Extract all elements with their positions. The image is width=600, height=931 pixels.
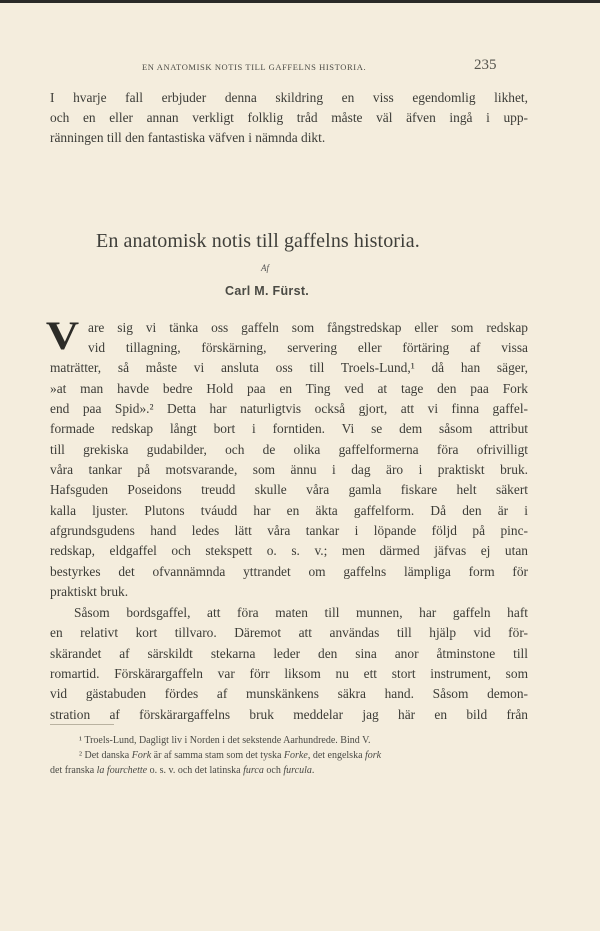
footnote-divider — [50, 724, 114, 725]
body-line: till grekiska gudabilder, och de olika g… — [50, 440, 528, 460]
running-head: En anatomisk notis till gaffelns histori… — [142, 62, 392, 72]
footnote-italic-term: la fourchette — [97, 765, 147, 776]
body-line: afgrundsgudens hand ledes lätt våra tank… — [50, 521, 528, 541]
byline-af: Af — [261, 263, 269, 273]
body-line: stration af förskärargaffelns bruk medde… — [50, 705, 528, 725]
footnote-text: . — [312, 765, 315, 776]
footnote-italic-term: furcula — [283, 765, 312, 776]
footnote-italic-term: furca — [243, 765, 264, 776]
footnote-text: och — [264, 765, 283, 776]
body-line: kalla ljuster. Plutons tváudd har en äkt… — [50, 501, 528, 521]
footnote-italic-term: fork — [365, 750, 381, 761]
author-name: Carl M. Fürst. — [225, 284, 309, 298]
footnote-text: , det engelska — [308, 750, 365, 761]
footnote-2-continuation: det franska la fourchette o. s. v. och d… — [50, 763, 528, 778]
body-line: Hafsguden Poseidons treudd skulle våra g… — [50, 480, 528, 500]
footnote-text: Det danska — [85, 750, 132, 761]
page-number: 235 — [474, 57, 497, 74]
body-line: våra tankar på motsvarande, som ännu i d… — [50, 460, 528, 480]
drop-cap: V — [46, 316, 79, 356]
body-line: maträtter, så måste vi ansluta oss till … — [50, 358, 528, 378]
prev-article-line: I hvarje fall erbjuder denna skildring e… — [50, 88, 528, 108]
body-line: end paa Spid».² Detta har naturligtvis o… — [50, 399, 528, 419]
body-line: bestyrkes det ofvannämnda yttrandet om g… — [50, 562, 528, 582]
article-title: En anatomisk notis till gaffelns histori… — [96, 230, 516, 253]
footnote-mark: ¹ — [79, 735, 82, 746]
body-line: vid tillagning, förskärning, servering e… — [88, 338, 528, 358]
body-line: Såsom bordsgaffel, att föra maten till m… — [74, 603, 528, 623]
footnote-text: o. s. v. och det latinska — [147, 765, 243, 776]
footnote-italic-term: Forke — [284, 750, 308, 761]
body-line: vid gästabuden fördes af munskänkens säk… — [50, 684, 528, 704]
body-line: en relativt kort tillvaro. Däremot att a… — [50, 623, 528, 643]
footnote-1: ¹ Troels-Lund, Dagligt liv i Norden i de… — [79, 733, 528, 748]
footnote-italic-term: Fork — [132, 750, 151, 761]
body-line: formade redskap långt bort i forntiden. … — [50, 419, 528, 439]
body-line: praktiskt bruk. — [50, 582, 528, 602]
footnote-2: ² Det danska Fork är af samma stam som d… — [79, 748, 528, 763]
footnote-text: det franska — [50, 765, 97, 776]
footnote-text: är af samma stam som det tyska — [151, 750, 284, 761]
body-line: »at man havde bedre Hold paa en Ting ved… — [50, 379, 528, 399]
body-line: redskap, eldgaffel och stekspett o. s. v… — [50, 541, 528, 561]
body-line: skärandet af särskildt stekarna leder de… — [50, 644, 528, 664]
prev-article-line: och en eller annan verkligt folklig tråd… — [50, 108, 528, 128]
body-line: romartid. Förskärargaffeln var förr liks… — [50, 664, 528, 684]
body-line: are sig vi tänka oss gaffeln som fångstr… — [88, 318, 528, 338]
prev-article-line: ränningen till den fantastiska väfven i … — [50, 128, 528, 148]
footnote-mark: ² — [79, 750, 82, 761]
footnote-text: Troels-Lund, Dagligt liv i Norden i det … — [84, 735, 370, 746]
